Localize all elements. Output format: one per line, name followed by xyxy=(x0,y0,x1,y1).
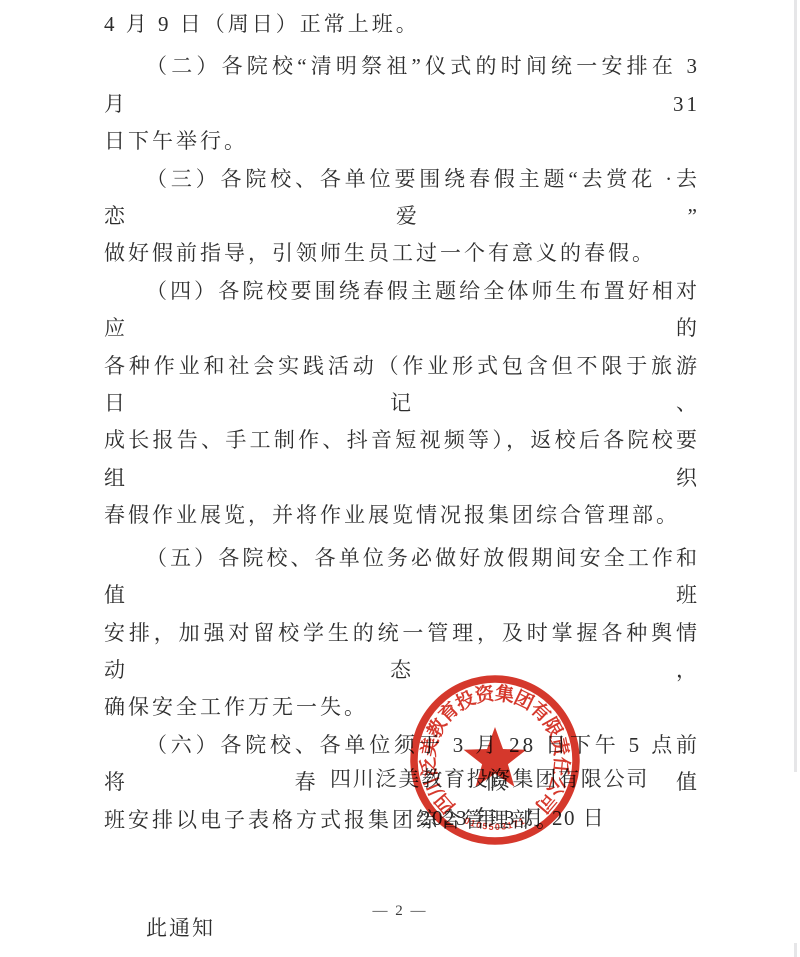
page-number: — 2 — xyxy=(0,903,800,920)
body-line: （二）各院校“清明祭祖”仪式的时间统一安排在 3 月 31 xyxy=(104,48,700,123)
body-line: 春假作业展览，并将作业展览情况报集团综合管理部。 xyxy=(104,497,700,534)
seal-star-icon xyxy=(464,727,527,787)
body-line: 确保安全工作万无一失。 xyxy=(104,689,700,726)
seal-serial-number: 0105503171 xyxy=(463,815,528,832)
body-line: 做好假前指导，引领师生员工过一个有意义的春假。 xyxy=(104,235,700,272)
body-line: （四）各院校要围绕春假主题给全体师生布置好相对应的 xyxy=(104,273,700,348)
body-line: （五）各院校、各单位务必做好放假期间安全工作和值班 xyxy=(104,540,700,615)
body-line: 成长报告、手工制作、抖音短视频等），返校后各院校要组织 xyxy=(104,422,700,497)
body-line: 日下午举行。 xyxy=(104,123,700,160)
body-line: （三）各院校、各单位要围绕春假主题“去赏花 ·去恋爱” xyxy=(104,161,700,236)
company-seal-stamp: 四川泛美教育投资集团有限责任公司 0105503171 xyxy=(407,672,583,848)
scan-artifact-line xyxy=(794,0,797,772)
body-line: 安排，加强对留校学生的统一管理，及时掌握各种舆情动态， xyxy=(104,615,700,690)
notice-body: 4 月 9 日（周日）正常上班。 （二）各院校“清明祭祖”仪式的时间统一安排在 … xyxy=(104,6,700,947)
body-line: 4 月 9 日（周日）正常上班。 xyxy=(104,6,700,43)
body-line: 各种作业和社会实践活动（作业形式包含但不限于旅游日记、 xyxy=(104,348,700,423)
scan-artifact-line xyxy=(794,943,797,957)
body-line: 班安排以电子表格方式报集团综合管理部。 xyxy=(104,802,700,839)
document-page: 4 月 9 日（周日）正常上班。 （二）各院校“清明祭祖”仪式的时间统一安排在 … xyxy=(0,0,800,957)
